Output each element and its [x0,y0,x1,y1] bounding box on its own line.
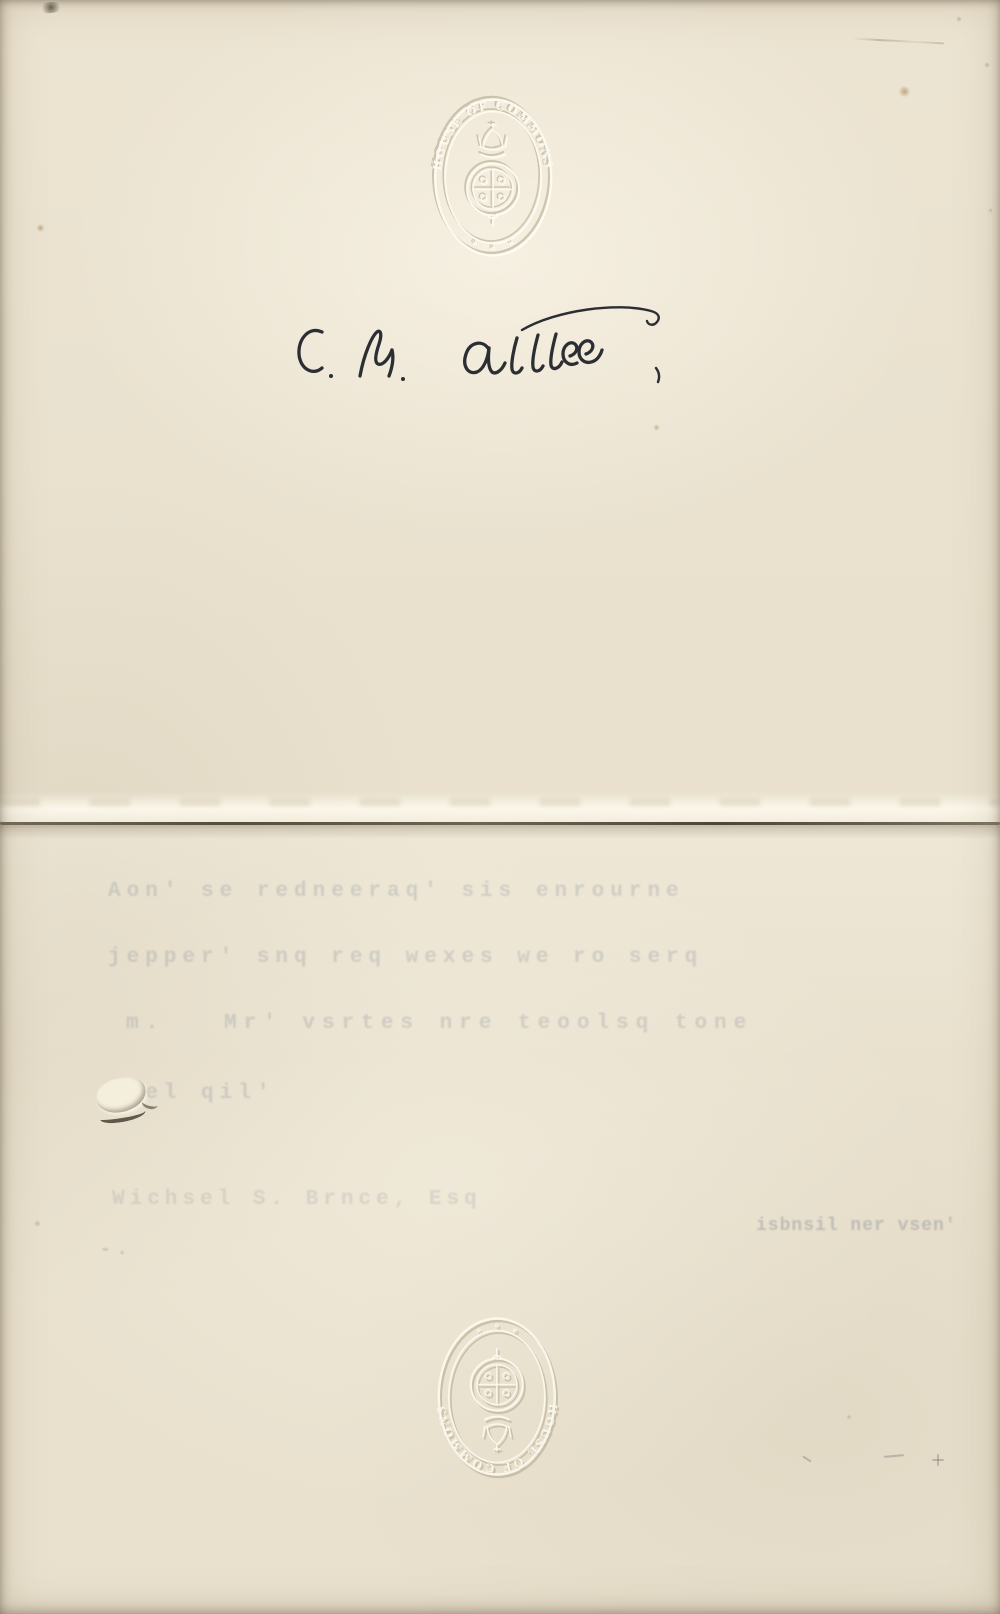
pencil-mark [937,1454,939,1466]
foxing-spot [956,16,962,22]
foxing-spot [846,1414,852,1420]
foxing-spot [34,1220,41,1227]
foxing-spot [984,62,990,68]
surface-scratch [852,38,944,45]
crease-under-shadow [0,825,1000,839]
scanned-folded-card: HOUSE OF COMMONS [0,0,1000,1614]
showthrough-line: isbnsil ner vsen' [756,1216,957,1236]
showthrough-line: -. [100,1240,134,1260]
foxing-spot [898,86,911,97]
showthrough-line: jepper' snq req wexes we ro serq [108,946,703,969]
house-of-commons-seal-bottom [418,1298,578,1498]
foxing-spot [988,208,993,213]
edge-speck [39,1,62,15]
pencil-mark [802,1456,812,1463]
pencil-mark [884,1454,904,1458]
house-of-commons-seal-top [412,76,572,276]
crease-highlight-ridge [0,792,1000,822]
showthrough-line: Wichsel S. Brnce, Esq [112,1188,482,1211]
signature-handwriting [270,292,690,412]
foxing-spot [653,424,660,431]
showthrough-line: m. Mr' vsrtes nre teoolsq tone [126,1012,753,1035]
fold-crease [0,788,1000,848]
showthrough-line: Aon' se redneeraq' sis enrourne [108,880,685,903]
foxing-spot [36,224,45,232]
